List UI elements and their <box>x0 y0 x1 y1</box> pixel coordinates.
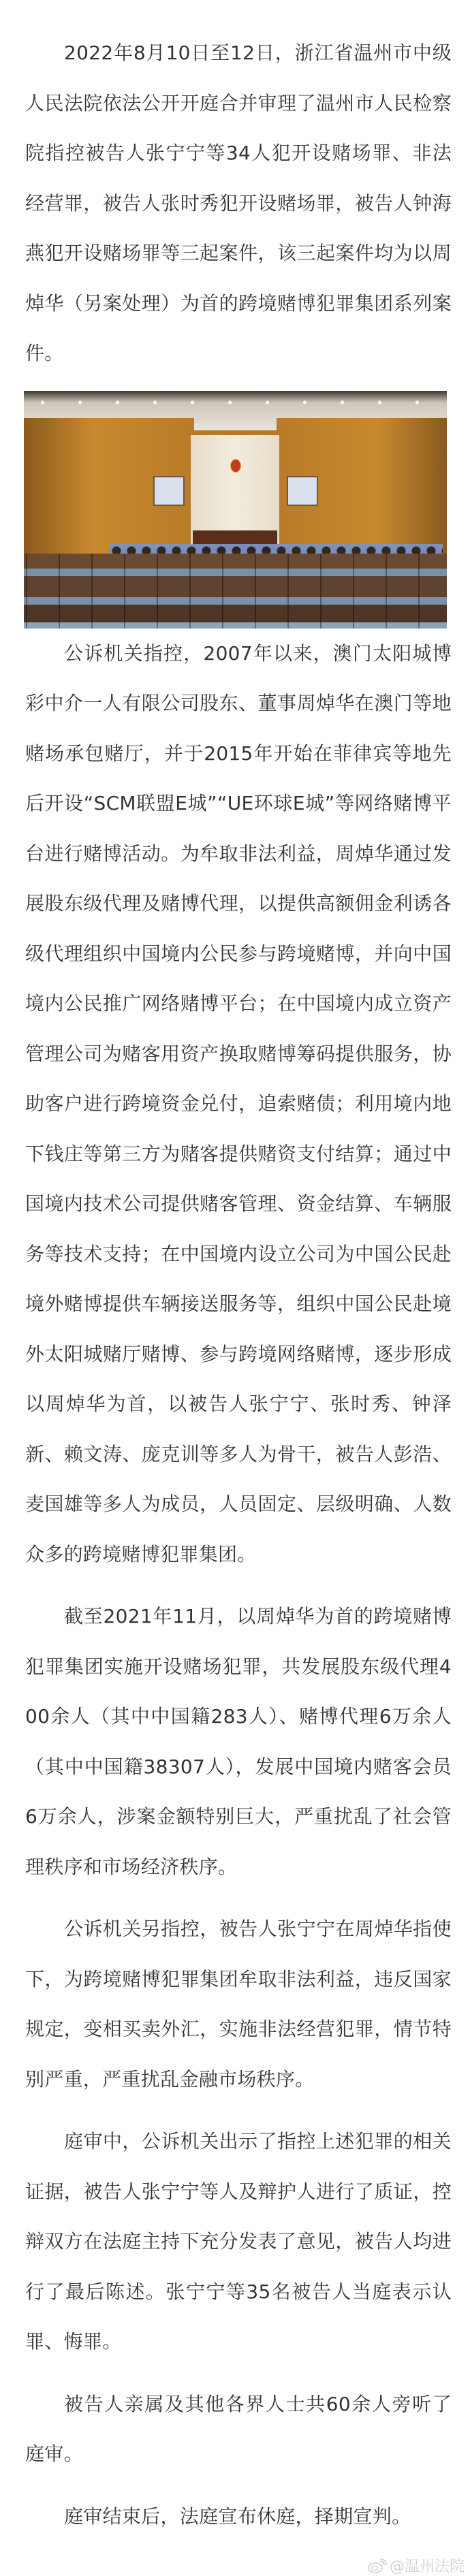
paragraph-adjournment: 庭审结束后，法庭宣布休庭，择期宣判。 <box>25 2492 452 2542</box>
paragraph-audience: 被告人亲属及其他各界人士共60余人旁听了庭审。 <box>25 2379 452 2479</box>
paragraph-intro: 2022年8月10日至12日，浙江省温州市中级人民法院依法公开开庭合并审理了温州… <box>25 28 452 379</box>
paragraph-additional-charges: 公诉机关另指控，被告人张宁宁在周焯华指使下，为跨境赌博犯罪集团牟取非法利益，违反… <box>25 1904 452 2104</box>
watermark: @温州法院 <box>368 2555 465 2576</box>
paragraph-trial-proceedings: 庭审中，公诉机关出示了指控上述犯罪的相关证据，被告人张宁宁等人及辩护人进行了质证… <box>25 2116 452 2367</box>
paragraph-prosecution-charges: 公诉机关指控，2007年以来，澳门太阳城博彩中介一人有限公司股东、董事周焯华在澳… <box>25 629 452 1580</box>
photo-right-screen <box>287 476 318 506</box>
national-emblem-icon <box>230 459 241 473</box>
courtroom-photo <box>24 391 447 629</box>
photo-gallery-seats <box>24 554 447 629</box>
watermark-text: @温州法院 <box>390 2555 465 2576</box>
weibo-icon <box>368 2558 387 2573</box>
paragraph-scale: 截至2021年11月，以周焯华为首的跨境赌博犯罪集团实施开设赌场犯罪，共发展股东… <box>25 1591 452 1892</box>
article-body: 2022年8月10日至12日，浙江省温州市中级人民法院依法公开开庭合并审理了温州… <box>25 28 452 2554</box>
photo-left-screen <box>153 476 185 506</box>
photo-ceiling-lights <box>24 400 447 404</box>
